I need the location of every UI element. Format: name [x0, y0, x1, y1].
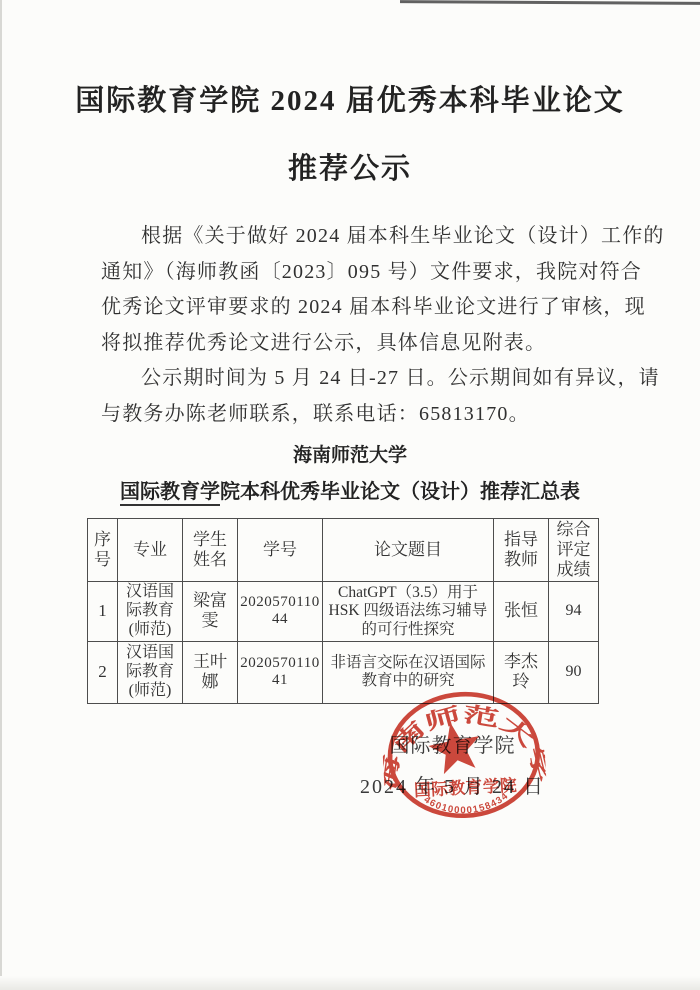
- cell-student-id: 202057011044: [238, 582, 323, 642]
- scan-artifact-bottom-shadow: [0, 976, 700, 990]
- body-line: 优秀论文评审要求的 2024 届本科毕业论文进行了审核，现: [101, 290, 593, 326]
- table-title: 国际教育学院本科优秀毕业论文（设计）推荐汇总表: [0, 475, 700, 504]
- cell-major: 汉语国际教育(师范): [118, 582, 183, 642]
- cell-major: 汉语国际教育(师范): [118, 641, 183, 703]
- cell-no: 2: [88, 641, 118, 703]
- header-student-id: 学号: [238, 519, 323, 582]
- table-title-rest: 院本科优秀毕业论文（设计）推荐汇总表: [220, 481, 580, 503]
- header-no: 序号: [88, 519, 118, 582]
- cell-no: 1: [88, 582, 118, 642]
- header-major: 专业: [118, 519, 183, 582]
- header-advisor: 指导教师: [494, 519, 549, 582]
- body-line: 与教务办陈老师联系，联系电话：65813170。: [101, 397, 593, 433]
- cell-score: 90: [549, 641, 599, 703]
- header-student-name: 学生姓名: [183, 519, 238, 582]
- cell-score: 94: [549, 582, 599, 642]
- table-row: 1 汉语国际教育(师范) 梁富雯 202057011044 ChatGPT（3.…: [88, 582, 599, 642]
- body-line: 通知》（海师教函〔2023〕095 号）文件要求，我院对符合: [101, 255, 593, 291]
- document-title-line1: 国际教育学院 2024 届优秀本科毕业论文: [0, 78, 700, 119]
- cell-thesis-title: ChatGPT（3.5）用于 HSK 四级语法练习辅导的可行性探究: [323, 582, 494, 642]
- header-thesis-title: 论文题目: [323, 519, 494, 582]
- document-title: 国际教育学院 2024 届优秀本科毕业论文 推荐公示: [0, 78, 700, 187]
- body-line: 将拟推荐优秀论文进行公示，具体信息见附表。: [101, 326, 593, 362]
- cell-student-id: 202057011041: [238, 641, 323, 703]
- cell-advisor: 张恒: [494, 582, 549, 642]
- body-text: 根据《关于做好 2024 届本科生毕业论文（设计）工作的 通知》（海师教函〔20…: [101, 219, 593, 432]
- header-score: 综合评定成绩: [549, 519, 599, 582]
- document-title-line2: 推荐公示: [0, 146, 700, 187]
- cell-student-name: 王叶娜: [183, 641, 238, 703]
- table-title-underlined-part: 国际教育学: [120, 481, 220, 506]
- thesis-summary-table: 序号 专业 学生姓名 学号 论文题目 指导教师 综合评定成绩 1 汉语国际教育(…: [87, 518, 599, 704]
- cell-student-name: 梁富雯: [183, 582, 238, 642]
- university-name: 海南师范大学: [0, 440, 700, 467]
- official-seal: 海南师范大学 国际教育学院 46010000158434: [380, 685, 549, 829]
- document-page: 国际教育学院 2024 届优秀本科毕业论文 推荐公示 根据《关于做好 2024 …: [0, 0, 700, 990]
- body-line: 根据《关于做好 2024 届本科生毕业论文（设计）工作的: [101, 219, 593, 255]
- table-header-row: 序号 专业 学生姓名 学号 论文题目 指导教师 综合评定成绩: [88, 519, 599, 582]
- scan-artifact-top-line: [400, 0, 700, 5]
- body-line: 公示期时间为 5 月 24 日-27 日。公示期间如有异议，请: [101, 361, 593, 397]
